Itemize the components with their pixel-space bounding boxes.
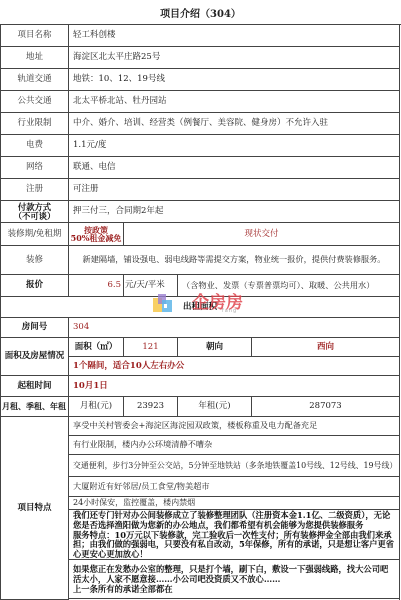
label-industry: 行业限制	[1, 113, 69, 135]
value-payment: 押三付三，合同期2年起	[69, 201, 400, 223]
value-rail: 地铁：10、12、19号线	[69, 69, 400, 91]
label-payment-line2: （不可谈）	[14, 212, 56, 221]
label-rent-free: 装修期/免租期	[1, 223, 69, 246]
feature-item: 大厦附近有好邻居/员工食堂/物美超市	[69, 477, 400, 497]
label-area-sqm: 面积（㎡）	[69, 338, 124, 357]
label-decoration: 装修	[1, 246, 69, 275]
value-decoration: 新建隔墙，铺设强电、弱电线路等需提交方案，物业统一报价，提供付费装修服务。	[69, 246, 400, 275]
feature-item: 交通便利，步行3分钟至公交站，5分钟至地铁站（多条地铁覆盖10号线、12号线、1…	[69, 455, 400, 477]
label-room: 房间号	[1, 318, 69, 338]
value-area-sqm: 121	[124, 338, 178, 357]
feature-small-renovation: 如果您正在发愁办公室的整理，只是打个墙，刷下白，敷设一下强弱线路，找大公司吧 活…	[69, 560, 400, 599]
value-area-note: 1个隔间，适合10人左右办公	[69, 357, 400, 376]
feature-item: 享受中关村管委会+海淀区海淀园双政策，楼板称重及电力配备充足	[69, 417, 400, 436]
label-orientation: 朝向	[178, 338, 252, 357]
label-rail: 轨道交通	[1, 69, 69, 91]
label-electricity: 电费	[1, 135, 69, 157]
label-registration: 注册	[1, 179, 69, 201]
label-rent: 月租、季租、年租	[0, 397, 69, 417]
label-bus: 公共交通	[1, 91, 69, 113]
value-rent-free-policy: 按政策 50%租金减免	[69, 223, 124, 246]
para-line: 心更安心更加放心！	[73, 550, 148, 560]
value-bus: 北太平桥北站、牡丹园站	[69, 91, 400, 113]
value-room: 304	[69, 318, 400, 338]
value-price-note: （含物业、发票（专票普票均可）、取暖、公共用水）	[178, 275, 400, 297]
value-start: 10月1日	[69, 376, 400, 397]
para-line: 上一条所有的承诺全部都在	[73, 585, 173, 595]
project-sheet: 项目介绍（304） 项目名称 轻工科创楼 地址 海淀区北太平庄路25号 轨道交通…	[0, 0, 401, 600]
value-rent-free: 现状交付	[124, 223, 400, 246]
value-address: 海淀区北太平庄路25号	[69, 47, 400, 69]
label-price: 报价	[1, 275, 69, 297]
label-payment: 付款方式 （不可谈）	[1, 201, 69, 223]
feature-item: 24小时保安，监控覆盖，楼内禁烟	[69, 497, 400, 510]
label-area: 面积及房屋情况	[1, 338, 69, 376]
label-features: 项目特点	[1, 417, 69, 600]
value-yearly-rent: 287073	[252, 397, 400, 417]
value-monthly-rent: 23923	[124, 397, 178, 417]
value-industry: 中介、婚介、培训、经营类（例餐厅、美容院、健身房）不允许入驻	[69, 113, 400, 135]
value-price-unit: 元/天/平米	[124, 275, 178, 297]
label-yearly-rent: 年租(元)	[178, 397, 252, 417]
page-title: 项目介绍（304）	[0, 0, 401, 25]
label-project-name: 项目名称	[1, 25, 69, 47]
label-network: 网络	[1, 157, 69, 179]
label-monthly-rent: 月租(元)	[69, 397, 124, 417]
label-start: 起租时间	[1, 376, 69, 397]
policy-line2: 50%租金减免	[71, 234, 122, 242]
label-address: 地址	[1, 47, 69, 69]
feature-decoration-team: 我们还专门针对办公间装修成立了装修整理团队（注册资本金1.1亿、二级资质），无论…	[69, 510, 400, 560]
section-rent-area: 出租面积	[1, 297, 400, 318]
value-registration: 可注册	[69, 179, 400, 201]
value-project-name: 轻工科创楼	[69, 25, 400, 47]
value-network: 联通、电信	[69, 157, 400, 179]
value-orientation: 西向	[252, 338, 400, 357]
value-price-amount: 6.5	[69, 275, 124, 297]
value-electricity: 1.1元/度	[69, 135, 400, 157]
feature-item: 有行业限制，楼内办公环境清静不嘈杂	[69, 436, 400, 455]
